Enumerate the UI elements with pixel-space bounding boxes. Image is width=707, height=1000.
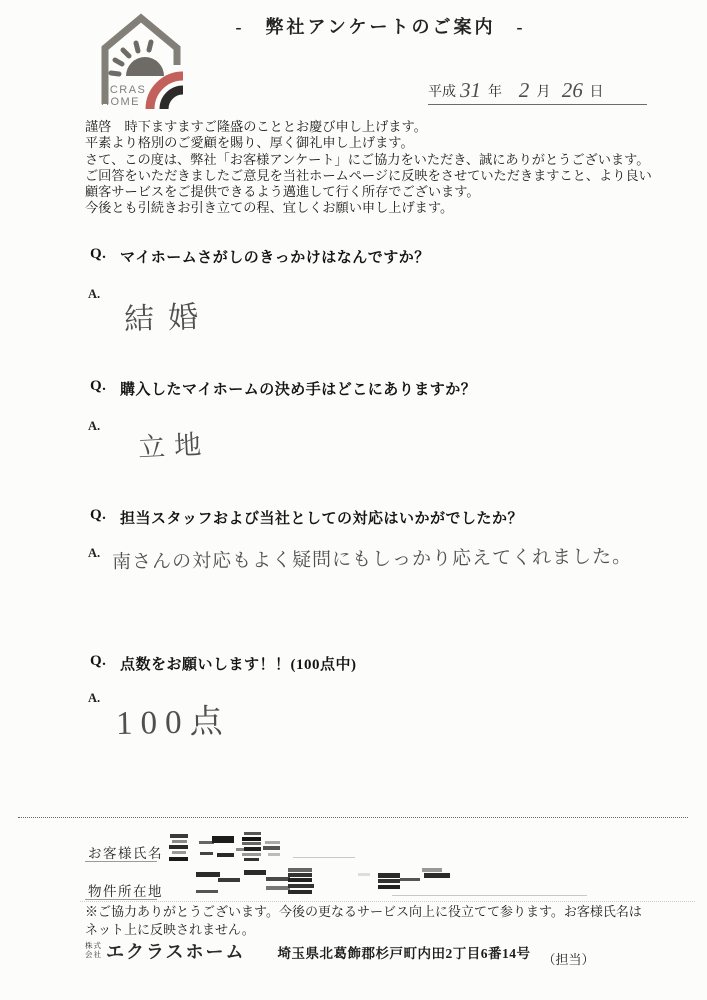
customer-name-underline xyxy=(85,861,157,862)
question-3: Q. 担当スタッフおよび当社としての対応はいかがでしたか？ xyxy=(90,507,523,528)
question-3-text: 担当スタッフおよび当社としての対応はいかがでしたか？ xyxy=(120,507,523,528)
answer-1-handwritten: 結婚 xyxy=(123,291,212,338)
date-year-handwritten: 31 xyxy=(458,80,483,101)
greeting-paragraph: 謹啓 時下ますますご隆盛のこととお慶び申し上げます。 平素より格別のご愛顧を賜り… xyxy=(85,119,687,217)
staff-in-charge-label: （担当） xyxy=(542,949,594,968)
date-month-unit: 月 xyxy=(537,81,551,101)
property-location-label: 物件所在地 xyxy=(88,880,163,900)
date-month-handwritten: 2 xyxy=(517,80,531,101)
redacted-property-address xyxy=(172,865,457,901)
company-prefix-bottom: 会社 xyxy=(85,951,102,960)
question-4: Q. 点数をお願いします！！(100点中) xyxy=(90,653,357,674)
company-address: 埼玉県北葛飾郡杉戸町内田2丁目6番14号 xyxy=(277,942,530,962)
customer-name-underline-extension xyxy=(293,857,355,858)
answer-4-label: A. xyxy=(88,691,100,706)
question-2: Q. 購入したマイホームの決め手はどこにありますか？ xyxy=(90,378,476,399)
footer-note-line: ※ご協力ありがとうございます。今後の更なるサービス向上に役立てて参ります。お客様… xyxy=(85,903,690,921)
property-location-underline xyxy=(85,899,157,900)
faint-dotted-line xyxy=(80,901,695,902)
dotted-separator-line xyxy=(18,817,688,818)
date-day-unit: 日 xyxy=(590,81,604,101)
answer-3-label: A. xyxy=(88,546,100,561)
greeting-line: ご回答をいただきましたご意見を当社ホームページに反映をさせていただきますこと、よ… xyxy=(85,168,687,184)
redacted-customer-name xyxy=(152,832,297,864)
question-1-text: マイホームさがしのきっかけはなんですか？ xyxy=(120,246,430,267)
answer-3-handwritten: 南さんの対応もよく疑問にもしっかり応えてくれました。 xyxy=(112,541,677,574)
answer-1-label: A. xyxy=(88,287,100,302)
company-name: エクラスホーム xyxy=(106,938,245,964)
greeting-line: 謹啓 時下ますますご隆盛のこととお慶び申し上げます。 xyxy=(85,119,687,135)
logo-text-ecras: ECRAS xyxy=(101,84,146,96)
company-prefix: 株式 会社 xyxy=(85,942,102,959)
date-day-handwritten: 26 xyxy=(560,80,585,101)
question-1: Q. マイホームさがしのきっかけはなんですか？ xyxy=(90,246,430,267)
logo-text-home: HOME xyxy=(101,96,140,108)
greeting-line: 顧客サービスをご提供できるよう邁進して行く所存でございます。 xyxy=(85,184,687,200)
date-line: 平成 31 年 2 月 26 日 xyxy=(428,80,647,105)
question-4-text: 点数をお願いします！！(100点中) xyxy=(120,653,357,674)
date-era-label: 平成 xyxy=(428,81,456,101)
answer-4-handwritten: 100点 xyxy=(116,695,231,744)
footer-note: ※ご協力ありがとうございます。今後の更なるサービス向上に役立てて参ります。お客様… xyxy=(85,903,690,938)
greeting-line: 平素より格別のご愛顧を賜り、厚く御礼申し上げます。 xyxy=(85,135,687,151)
question-2-text: 購入したマイホームの決め手はどこにありますか？ xyxy=(120,378,476,399)
answer-2-handwritten: 立地 xyxy=(137,422,211,465)
question-1-label: Q. xyxy=(90,246,120,267)
document-title: - 弊社アンケートのご案内 - xyxy=(0,13,707,39)
greeting-line: 今後とも引続きお引き立ての程、宜しくお願い申し上げます。 xyxy=(85,200,687,216)
greeting-line: さて、この度は、弊社「お客様アンケート」にご協力をいただき、誠にありがとうござい… xyxy=(85,152,687,168)
answer-2-label: A. xyxy=(88,419,100,434)
question-2-label: Q. xyxy=(90,378,120,399)
footer-note-line: ネット上に反映されません。 xyxy=(85,921,690,939)
date-year-unit: 年 xyxy=(488,81,502,101)
company-info-row: 株式 会社 エクラスホーム 埼玉県北葛飾郡杉戸町内田2丁目6番14号 （担当） xyxy=(85,938,594,968)
question-4-label: Q. xyxy=(90,653,120,674)
question-3-label: Q. xyxy=(90,507,120,528)
survey-document-page: ECRAS HOME - 弊社アンケートのご案内 - 平成 31 年 2 月 2… xyxy=(0,0,707,1000)
